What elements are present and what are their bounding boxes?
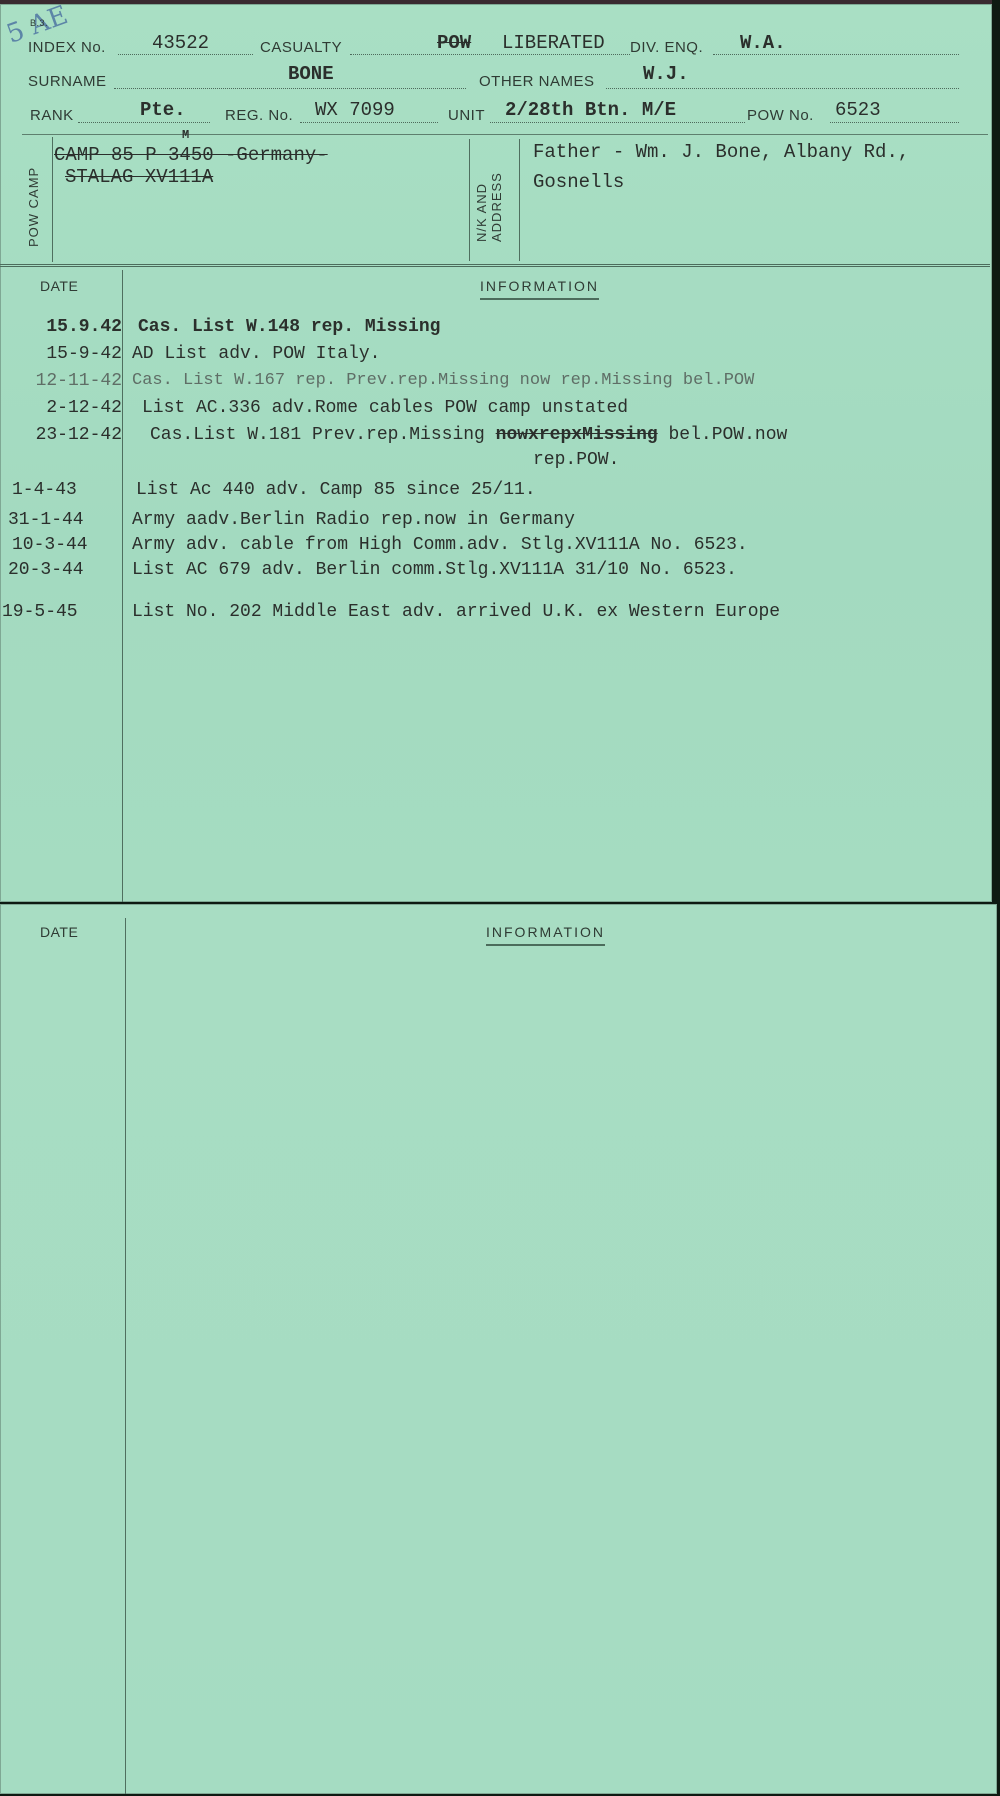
nk-address-line2: Gosnells (533, 171, 624, 193)
entry-date: 12-11-42 (36, 371, 122, 391)
reg-no-value: WX 7099 (315, 99, 395, 121)
casualty-value: LIBERATED (502, 32, 605, 54)
surname-label: SURNAME (28, 73, 107, 90)
entry-text: List AC.336 adv.Rome cables POW camp uns… (142, 398, 628, 418)
entry-text: List Ac 440 adv. Camp 85 since 25/11. (136, 480, 536, 500)
pow-camp-superscript: M (182, 128, 189, 142)
unit-value: 2/28th Btn. M/E (505, 99, 676, 121)
entry-text: List No. 202 Middle East adv. arrived U.… (132, 602, 780, 622)
entry-text: Army aadv.Berlin Radio rep.now in German… (132, 510, 575, 530)
nk-address-line1: Father - Wm. J. Bone, Albany Rd., (533, 141, 909, 163)
entry-date: 19-5-45 (2, 602, 78, 622)
entry-text: Cas.List W.181 Prev.rep.Missing nowxrepx… (150, 425, 787, 445)
date-header: DATE (40, 924, 78, 940)
entry-text: Army adv. cable from High Comm.adv. Stlg… (132, 535, 748, 555)
form-code: B.3. (30, 18, 48, 28)
div-enq-value: W.A. (740, 32, 786, 54)
pow-no-value: 6523 (835, 99, 881, 121)
entry-text: List AC 679 adv. Berlin comm.Stlg.XV111A… (132, 560, 737, 580)
entry-date: 20-3-44 (8, 560, 84, 580)
entry-text: Cas. List W.148 rep. Missing (138, 317, 440, 337)
information-header: INFORMATION (486, 924, 605, 946)
entry-date: 31-1-44 (8, 510, 84, 530)
nk-address-label: N/K ANDADDRESS (474, 172, 504, 242)
rank-label: RANK (30, 107, 74, 124)
other-names-label: OTHER NAMES (479, 73, 595, 90)
unit-label: UNIT (448, 107, 485, 124)
index-no-label: INDEX No. (28, 39, 106, 56)
casualty-label: CASUALTY (260, 39, 342, 56)
pow-camp-line2: STALAG XV111A (65, 166, 213, 188)
record-card-front: 5 AE B.3. INDEX No. 43522 CASUALTY POW L… (0, 0, 992, 902)
pow-camp-label: POW CAMP (26, 167, 41, 247)
section-divider (0, 264, 990, 267)
entry-date: 15.9.42 (46, 317, 122, 337)
surname-value: BONE (288, 63, 334, 85)
entry-date: 1-4-43 (12, 480, 77, 500)
pow-no-label: POW No. (747, 107, 814, 124)
rank-value: Pte. (140, 99, 186, 121)
entry-date: 23-12-42 (36, 425, 122, 445)
entry-text: AD List adv. POW Italy. (132, 344, 380, 364)
entry-date: 10-3-44 (12, 535, 88, 555)
entry-text: Cas. List W.167 rep. Prev.rep.Missing no… (132, 371, 754, 390)
entry-continuation: rep.POW. (533, 450, 619, 470)
entry-date: 15-9-42 (46, 344, 122, 364)
record-card-back: DATE INFORMATION (0, 904, 997, 1794)
entry-date: 2-12-42 (46, 398, 122, 418)
index-no-value: 43522 (152, 32, 209, 54)
pow-camp-line1: CAMP 85 P 3450 -Germany- (54, 144, 328, 166)
header-divider (22, 134, 988, 135)
date-header: DATE (40, 278, 78, 294)
information-header: INFORMATION (480, 278, 599, 300)
casualty-struck-value: POW (437, 32, 471, 54)
reg-no-label: REG. No. (225, 107, 293, 124)
div-enq-label: DIV. ENQ. (630, 39, 703, 56)
other-names-value: W.J. (643, 63, 689, 85)
